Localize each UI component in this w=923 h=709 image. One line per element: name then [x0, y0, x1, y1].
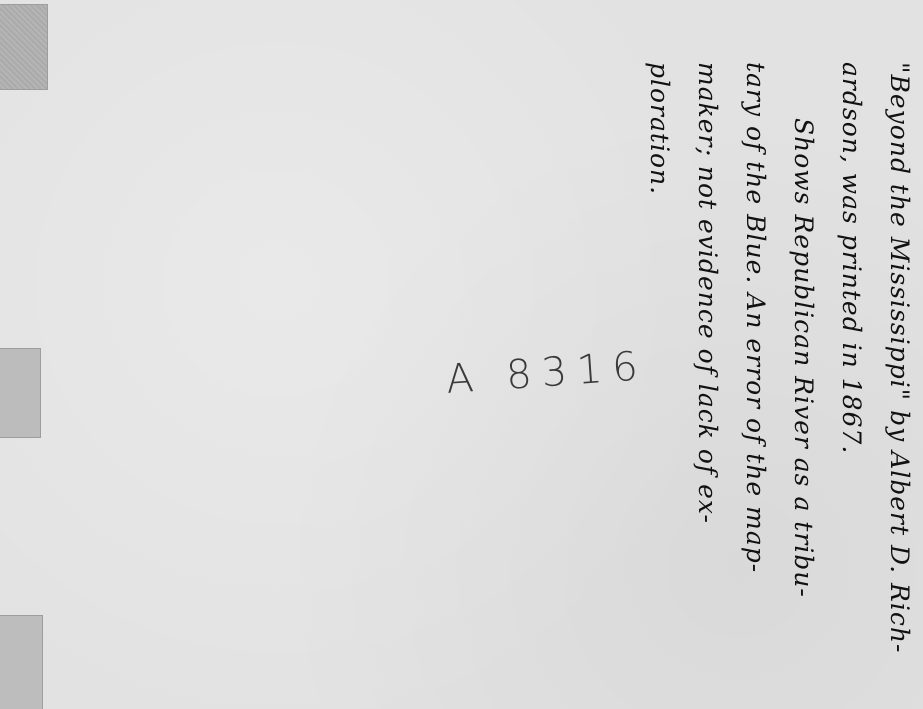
note-line-2: ardson, was printed in 1867. [827, 62, 875, 602]
note-line-3: Shows Republican River as a tribu- [779, 62, 827, 602]
note-line-1: "Beyond the Mississippi" by Albert D. Ri… [875, 62, 923, 602]
note-line-4: tary of the Blue. An error of the map- [731, 62, 779, 602]
tab-marker-middle [0, 348, 41, 438]
tab-marker-top [0, 4, 48, 90]
tab-marker-bottom [0, 615, 43, 709]
note-line-5: maker; not evidence of lack of ex- [683, 62, 731, 602]
note-line-6: ploration. [635, 62, 683, 602]
handwritten-note: "Beyond the Mississippi" by Albert D. Ri… [633, 62, 923, 602]
